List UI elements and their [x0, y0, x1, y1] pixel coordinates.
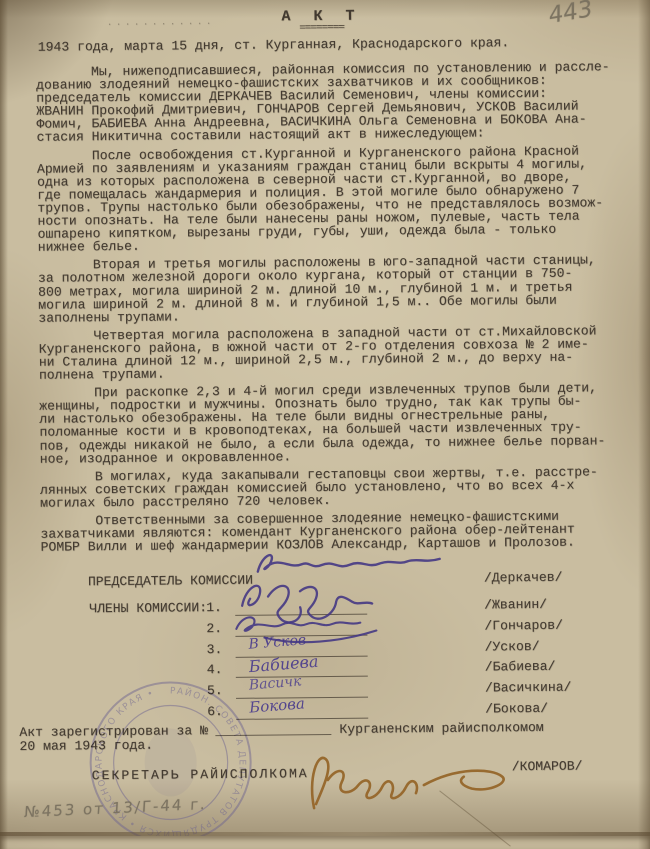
paragraph: Мы, нижеподписавшиеся, районная комиссия…: [36, 60, 640, 144]
chairman-label: ПРЕДСЕДАТЕЛЬ КОМИССИИ: [88, 573, 253, 590]
paragraph: Четвертая могила расположена в западной …: [38, 324, 641, 382]
signature-line: [235, 614, 367, 616]
dateline: 1943 года, марта 15 дня, ст. Курганная, …: [38, 35, 510, 55]
member-typed-name: /Бокова/: [485, 701, 548, 717]
paper-edge-right: [638, 0, 650, 849]
member-number: 3.: [206, 642, 222, 657]
member-typed-name: /Бабиева/: [485, 659, 556, 675]
paper-bottom-strip: [0, 836, 650, 849]
paragraph: После освобождения ст.Курганной и Курган…: [37, 144, 641, 255]
member-number: 1.: [206, 600, 222, 615]
secretary-typed-name: /КОМАРОВ/: [512, 759, 583, 775]
member-typed-name: /Усков/: [484, 639, 539, 655]
body-paragraphs: Мы, нижеподписавшиеся, районная комиссия…: [36, 60, 644, 559]
document-page: 443 ············ А К Т ======== 1943 год…: [0, 0, 650, 849]
body-line: стасия Никитична составили настоящий акт…: [37, 125, 640, 144]
document-sheet: 443 ············ А К Т ======== 1943 год…: [0, 0, 650, 849]
paragraph: Ответственными за совершенное злодеяние …: [40, 509, 643, 554]
paragraph: В могилах, куда закапывали гестаповцы св…: [40, 465, 643, 510]
member-typed-name: /Васичкина/: [485, 680, 572, 696]
member-number: 2.: [206, 621, 222, 636]
paper-edge-left: [0, 0, 8, 849]
official-stamp: РАЙОН. СОВЕТА ДЕПУТАТОВ ТРУДЯЩИХСЯ • КРА…: [81, 673, 261, 849]
member-typed-name: /Жванин/: [484, 597, 547, 613]
registration-line-right: Курганенским райисполкомом: [339, 720, 543, 737]
paragraph: Вторая и третья могилы расположены в юго…: [38, 253, 642, 324]
secretary-signature: [275, 734, 516, 821]
paragraph: При раскопке 2,3 и 4-й могил среди извле…: [39, 381, 643, 465]
member-typed-name: /Гончаров/: [484, 618, 563, 634]
chairman-typed-name: /Деркачев/: [484, 570, 563, 586]
members-label: ЧЛЕНЫ КОМИССИИ:: [89, 600, 207, 616]
